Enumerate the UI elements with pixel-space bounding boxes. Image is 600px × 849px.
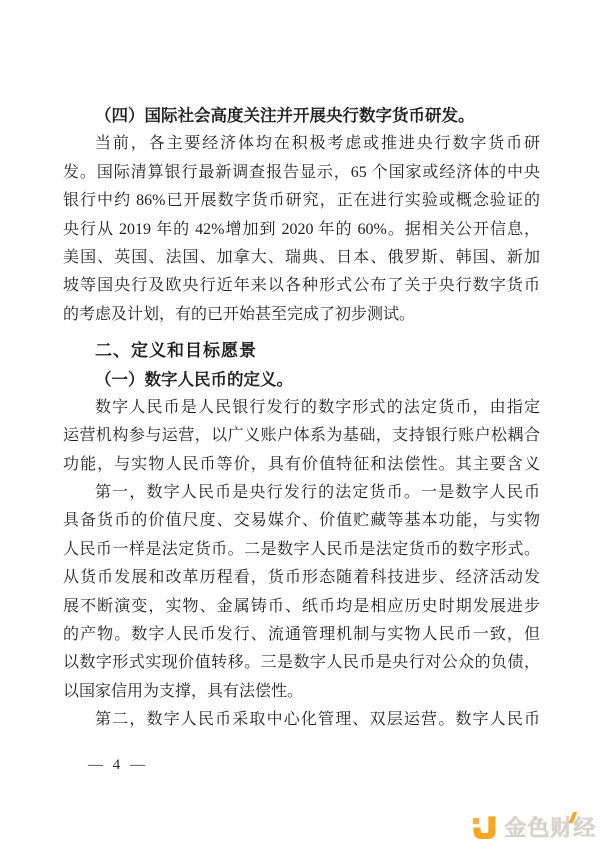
- paragraph-line: 发。国际清算银行最新调查报告显示，65 个国家或经济体的中央: [63, 159, 540, 187]
- paragraph-line: 运营机构参与运营，以广义账户体系为基础，支持银行账户松耦合: [63, 422, 540, 450]
- watermark-text: 金色财经: [504, 815, 596, 840]
- paragraph-line: 以数字形式实现价值转移。三是数字人民币是央行对公众的负债，: [63, 649, 540, 677]
- paragraph-line: 功能，与实物人民币等价，具有价值特征和法偿性。其主要含义是：: [63, 451, 540, 479]
- watermark-jinse-finance: 金色财经: [472, 811, 596, 842]
- paragraph-line: 美国、英国、法国、加拿大、瑞典、日本、俄罗斯、韩国、新加: [63, 244, 540, 272]
- paragraph-line: 银行中约 86%已开展数字货币研究，正在进行实验或概念验证的: [63, 187, 540, 215]
- paragraph-line: 的考虑及计划，有的已开始甚至完成了初步测试。: [63, 301, 540, 329]
- subsection-heading-1: （一）数字人民币的定义。: [63, 366, 540, 394]
- paragraph-line: 展不断演变，实物、金属铸币、纸币均是相应历史时期发展进步: [63, 593, 540, 621]
- jinse-logo-icon: [472, 814, 497, 840]
- paragraph-line: 第二，数字人民币采取中心化管理、双层运营。数字人民币: [63, 706, 540, 734]
- paragraph-line: 人民币一样是法定货币。二是数字人民币是法定货币的数字形式。: [63, 536, 540, 564]
- paragraph-line: 以国家信用为支撑，具有法偿性。: [63, 678, 540, 706]
- subsection-heading-4: （四）国际社会高度关注并开展央行数字货币研发。: [63, 102, 540, 130]
- document-page: （四）国际社会高度关注并开展央行数字货币研发。 当前，各主要经济体均在积极考虑或…: [0, 0, 600, 849]
- section-heading-2: 二、定义和目标愿景: [63, 337, 540, 365]
- page-number: — 4 —: [88, 757, 145, 774]
- paragraph-line: 从货币发展和改革历程看，货币形态随着科技进步、经济活动发: [63, 564, 540, 592]
- paragraph-line: 当前，各主要经济体均在积极考虑或推进央行数字货币研: [63, 130, 540, 158]
- document-body: （四）国际社会高度关注并开展央行数字货币研发。 当前，各主要经济体均在积极考虑或…: [63, 102, 540, 735]
- paragraph-line: 数字人民币是人民银行发行的数字形式的法定货币，由指定: [63, 394, 540, 422]
- paragraph-line: 具备货币的价值尺度、交易媒介、价值贮藏等基本功能，与实物: [63, 507, 540, 535]
- paragraph-line: 的产物。数字人民币发行、流通管理机制与实物人民币一致，但: [63, 621, 540, 649]
- paragraph-line: 央行从 2019 年的 42%增加到 2020 年的 60%。据相关公开信息，: [63, 216, 540, 244]
- paragraph-line: 第一，数字人民币是央行发行的法定货币。一是数字人民币: [63, 479, 540, 507]
- paragraph-line: 坡等国央行及欧央行近年来以各种形式公布了关于央行数字货币: [63, 272, 540, 300]
